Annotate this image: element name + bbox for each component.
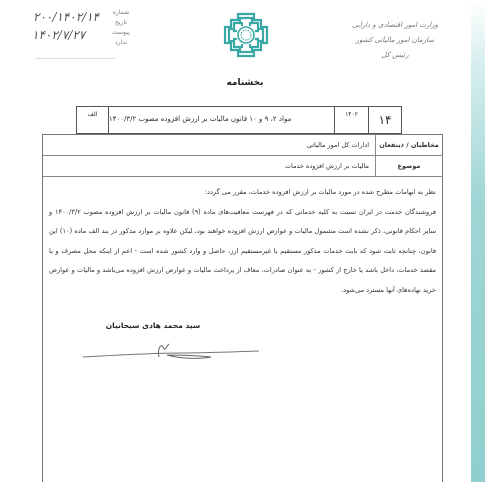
signer-name: سید محمد هادی سبحانیان: [98, 321, 208, 330]
circular-series: الف: [77, 107, 108, 133]
addressees-label: مخاطبان / ذینفعان: [375, 135, 442, 155]
label-number: شماره: [108, 8, 134, 18]
header-field-labels: شماره تاریخ پیوست ندارد: [108, 8, 134, 48]
body-intro: نظر به ابهامات مطرح شده در مورد مالیات ب…: [49, 183, 436, 203]
reference-table: ۱۴ ۱۴۰۲ مواد ۲، ۹ و ۱۰ قانون مالیات بر ا…: [76, 106, 402, 134]
label-date: تاریخ: [108, 18, 134, 28]
subject-value: مالیات بر ارزش افزوده خدمات: [43, 156, 375, 176]
ministry-line: وزارت امور اقتصادی و دارایی: [340, 18, 450, 33]
ministry-header: وزارت امور اقتصادی و دارایی سازمان امور …: [340, 18, 450, 63]
subject-row: موضوع مالیات بر ارزش افزوده خدمات: [43, 156, 442, 177]
subject-label: موضوع: [375, 156, 442, 176]
addressees-value: ادارات کل امور مالیاتی: [43, 135, 375, 155]
addressees-row: مخاطبان / ذینفعان ادارات کل امور مالیاتی: [43, 135, 442, 156]
handwritten-letter-number: ۲۰۰/۱۴۰۲/۱۴: [33, 10, 99, 24]
label-none: ندارد: [108, 38, 134, 48]
handwritten-letter-date: ۱۴۰۲/۷/۲۷: [32, 28, 85, 42]
circular-number: ۱۴: [368, 107, 401, 133]
circular-year: ۱۴۰۲: [334, 107, 368, 133]
signature-icon: [81, 341, 261, 363]
header-divider: [35, 58, 115, 59]
circular-body: نظر به ابهامات مطرح شده در مورد مالیات ب…: [49, 183, 436, 300]
body-paragraph: فروشندگان خدمت در ایران نسبت به کلیه خدم…: [49, 203, 436, 301]
document-body-frame: مخاطبان / ذینفعان ادارات کل امور مالیاتی…: [42, 134, 443, 482]
organization-line: سازمان امور مالیاتی کشور: [340, 33, 450, 48]
page-edge-band: [471, 0, 485, 482]
label-attachment: پیوست: [108, 28, 134, 38]
tax-organization-logo-icon: [223, 12, 269, 58]
circular-subject: مواد ۲، ۹ و ۱۰ قانون مالیات بر ارزش افزو…: [108, 107, 334, 133]
head-title-line: رئیس کل: [340, 48, 450, 63]
document-type-title: بخشنامه: [200, 78, 290, 88]
